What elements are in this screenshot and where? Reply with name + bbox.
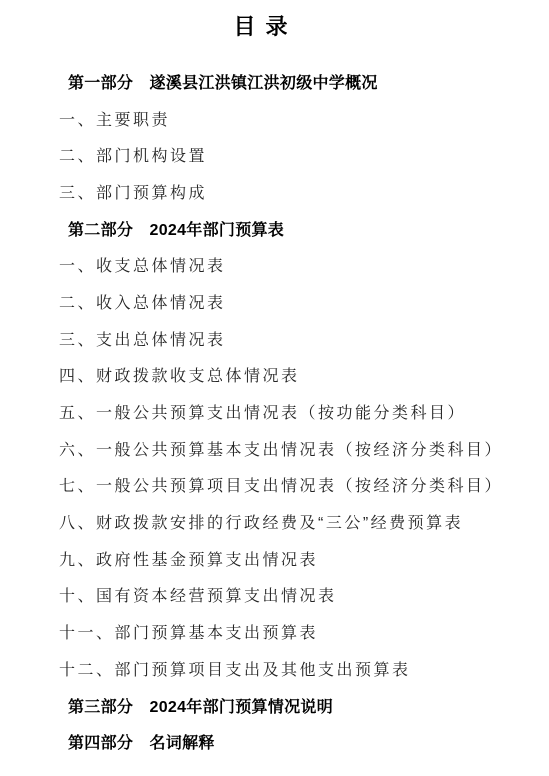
page-title: 目 录: [0, 13, 523, 42]
toc-item: 四、财政拨款收支总体情况表: [0, 357, 549, 394]
toc-item: 三、部门预算构成: [0, 173, 549, 210]
toc-item: 七、一般公共预算项目支出情况表（按经济分类科目）: [0, 467, 549, 504]
toc-part-heading: 第二部分 2024年部门预算表: [0, 210, 549, 247]
document-page: 目 录 第一部分 遂溪县江洪镇江洪初级中学概况 一、主要职责 二、部门机构设置 …: [0, 0, 549, 776]
toc-item: 二、部门机构设置: [0, 136, 549, 173]
toc-item: 三、支出总体情况表: [0, 320, 549, 357]
toc-item: 八、财政拨款安排的行政经费及“三公”经费预算表: [0, 503, 549, 540]
toc-list: 第一部分 遂溪县江洪镇江洪初级中学概况 一、主要职责 二、部门机构设置 三、部门…: [0, 63, 549, 760]
toc-item: 五、一般公共预算支出情况表（按功能分类科目）: [0, 393, 549, 430]
toc-part-heading: 第四部分 名词解释: [0, 723, 549, 760]
toc-item: 九、政府性基金预算支出情况表: [0, 540, 549, 577]
toc-item: 一、收支总体情况表: [0, 246, 549, 283]
toc-part-heading: 第三部分 2024年部门预算情况说明: [0, 687, 549, 724]
toc-item: 十、国有资本经营预算支出情况表: [0, 577, 549, 614]
toc-part-heading: 第一部分 遂溪县江洪镇江洪初级中学概况: [0, 63, 549, 100]
toc-item: 一、主要职责: [0, 100, 549, 137]
toc-item: 二、收入总体情况表: [0, 283, 549, 320]
toc-item: 十二、部门预算项目支出及其他支出预算表: [0, 650, 549, 687]
toc-item: 六、一般公共预算基本支出情况表（按经济分类科目）: [0, 430, 549, 467]
toc-item: 十一、部门预算基本支出预算表: [0, 613, 549, 650]
